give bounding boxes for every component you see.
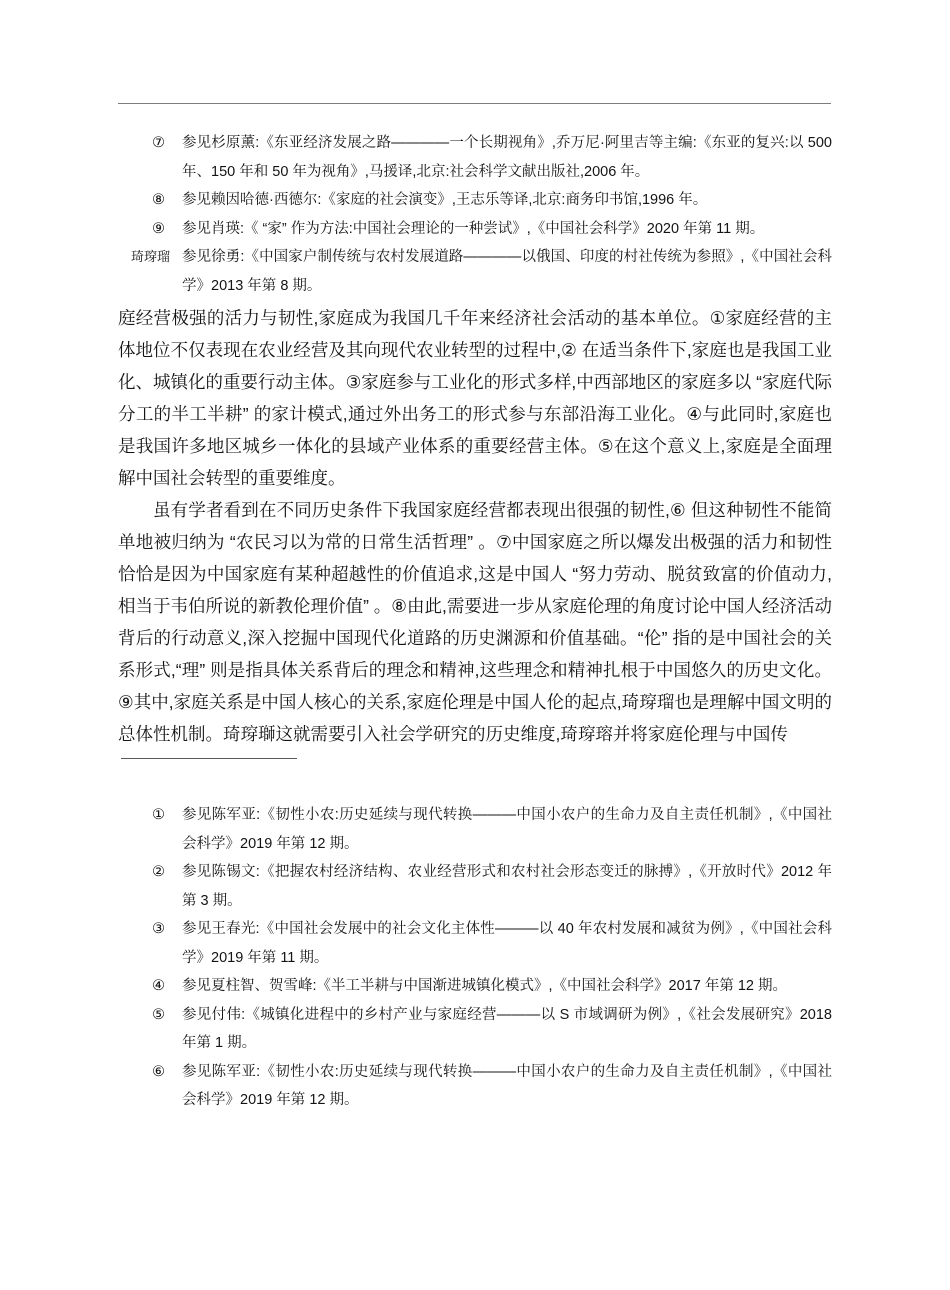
body-paragraph-continuation: 庭经营极强的活力与韧性,家庭成为我国几千年来经济社会活动的基本单位。①家庭经营的… [118,302,832,494]
footnote-item: ⑦ 参见杉原薰:《东亚经济发展之路————一个长期视角》,乔万尼·阿里吉等主编:… [118,129,832,186]
footnote-marker: ③ [152,915,182,944]
footnotes-top-block: ⑦ 参见杉原薰:《东亚经济发展之路————一个长期视角》,乔万尼·阿里吉等主编:… [118,129,832,300]
footnote-text: 参见王春光:《中国社会发展中的社会文化主体性———以 40 年农村发展和减贫为例… [182,915,832,972]
footnote-text: 参见赖因哈德·西德尔:《家庭的社会演变》,王志乐等译,北京:商务印书馆,1996… [182,186,832,215]
footnote-text: 参见徐勇:《中国家户制传统与农村发展道路————以俄国、印度的村社传统为参照》,… [182,243,832,300]
body-paragraph: 虽有学者看到在不同历史条件下我国家庭经营都表现出很强的韧性,⑥ 但这种韧性不能简… [118,494,832,750]
footnote-text: 参见陈军亚:《韧性小农:历史延续与现代转换———中国小农户的生命力及自主责任机制… [182,801,832,858]
footnote-text: 参见陈锡文:《把握农村经济结构、农业经营形式和农村社会形态变迁的脉搏》,《开放时… [182,858,832,915]
body-text-block: 庭经营极强的活力与韧性,家庭成为我国几千年来经济社会活动的基本单位。①家庭经营的… [118,302,832,750]
footnote-item: ⑧ 参见赖因哈德·西德尔:《家庭的社会演变》,王志乐等译,北京:商务印书馆,19… [118,186,832,215]
footnote-marker: ① [152,801,182,830]
footnote-item: ① 参见陈军亚:《韧性小农:历史延续与现代转换———中国小农户的生命力及自主责任… [118,801,832,858]
footnote-separator-rule [121,758,297,759]
footnotes-bottom-block: ① 参见陈军亚:《韧性小农:历史延续与现代转换———中国小农户的生命力及自主责任… [118,801,832,1115]
footnote-item: ⑤ 参见付伟:《城镇化进程中的乡村产业与家庭经营———以 S 市域调研为例》,《… [118,1001,832,1058]
footnote-item: 琦瑏瑠 参见徐勇:《中国家户制传统与农村发展道路————以俄国、印度的村社传统为… [118,243,832,300]
footnote-text: 参见夏柱智、贺雪峰:《半工半耕与中国渐进城镇化模式》,《中国社会科学》2017 … [182,972,832,1001]
footnote-marker: ⑥ [152,1058,182,1087]
footnote-marker: ⑨ [152,215,182,244]
footnote-item: ② 参见陈锡文:《把握农村经济结构、农业经营形式和农村社会形态变迁的脉搏》,《开… [118,858,832,915]
footnote-text: 参见杉原薰:《东亚经济发展之路————一个长期视角》,乔万尼·阿里吉等主编:《东… [182,129,832,186]
header-rule [118,103,831,104]
footnote-marker: ② [152,858,182,887]
document-page: ⑦ 参见杉原薰:《东亚经济发展之路————一个长期视角》,乔万尼·阿里吉等主编:… [0,0,950,1290]
footnote-marker: ④ [152,972,182,1001]
footnote-item: ③ 参见王春光:《中国社会发展中的社会文化主体性———以 40 年农村发展和减贫… [118,915,832,972]
footnote-text: 参见付伟:《城镇化进程中的乡村产业与家庭经营———以 S 市域调研为例》,《社会… [182,1001,832,1058]
footnote-marker-mojibake: 琦瑏瑠 [131,243,182,272]
footnote-text: 参见肖瑛:《 “家” 作为方法:中国社会理论的一种尝试》,《中国社会科学》202… [182,215,832,244]
footnote-item: ④ 参见夏柱智、贺雪峰:《半工半耕与中国渐进城镇化模式》,《中国社会科学》201… [118,972,832,1001]
footnote-item: ⑨ 参见肖瑛:《 “家” 作为方法:中国社会理论的一种尝试》,《中国社会科学》2… [118,215,832,244]
footnote-marker: ⑦ [152,129,182,158]
footnote-text: 参见陈军亚:《韧性小农:历史延续与现代转换———中国小农户的生命力及自主责任机制… [182,1058,832,1115]
footnote-marker: ⑧ [152,186,182,215]
footnote-item: ⑥ 参见陈军亚:《韧性小农:历史延续与现代转换———中国小农户的生命力及自主责任… [118,1058,832,1115]
footnote-marker: ⑤ [152,1001,182,1030]
